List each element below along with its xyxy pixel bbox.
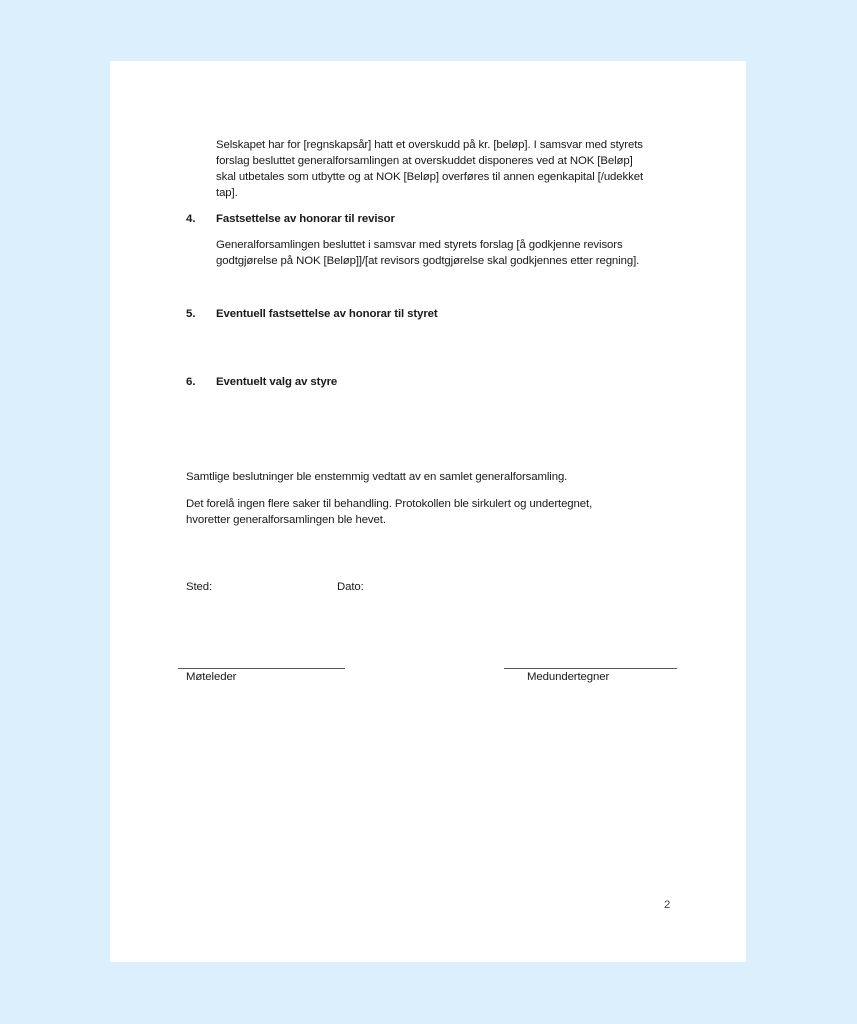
page-number: 2 bbox=[664, 899, 670, 911]
section-6-number: 6. bbox=[186, 374, 196, 390]
intro-paragraph-line-2: forslag besluttet generalforsamlingen at… bbox=[216, 153, 633, 169]
place-label: Sted: bbox=[186, 579, 212, 595]
section-5-heading: Eventuell fastsettelse av honorar til st… bbox=[216, 306, 438, 322]
closing-adjourn-line-2: hvoretter generalforsamlingen ble hevet. bbox=[186, 512, 386, 528]
closing-adjourn-line-1: Det forelå ingen flere saker til behandl… bbox=[186, 496, 592, 512]
signature-label-left: Møteleder bbox=[186, 669, 236, 685]
intro-paragraph-line-1: Selskapet har for [regnskapsår] hatt et … bbox=[216, 137, 643, 153]
section-4-number: 4. bbox=[186, 211, 196, 227]
section-6-heading: Eventuelt valg av styre bbox=[216, 374, 337, 390]
signature-label-right: Medundertegner bbox=[527, 669, 609, 685]
closing-unanimous: Samtlige beslutninger ble enstemmig vedt… bbox=[186, 469, 567, 485]
date-label: Dato: bbox=[337, 579, 364, 595]
intro-paragraph-line-4: tap]. bbox=[216, 185, 238, 201]
section-4-heading: Fastsettelse av honorar til revisor bbox=[216, 211, 395, 227]
section-5-number: 5. bbox=[186, 306, 196, 322]
section-4-body-line-2: godtgjørelse på NOK [Beløp]]/[at revisor… bbox=[216, 253, 639, 269]
section-4-body-line-1: Generalforsamlingen besluttet i samsvar … bbox=[216, 237, 623, 253]
intro-paragraph-line-3: skal utbetales som utbytte og at NOK [Be… bbox=[216, 169, 643, 185]
document-page: Selskapet har for [regnskapsår] hatt et … bbox=[110, 61, 746, 962]
